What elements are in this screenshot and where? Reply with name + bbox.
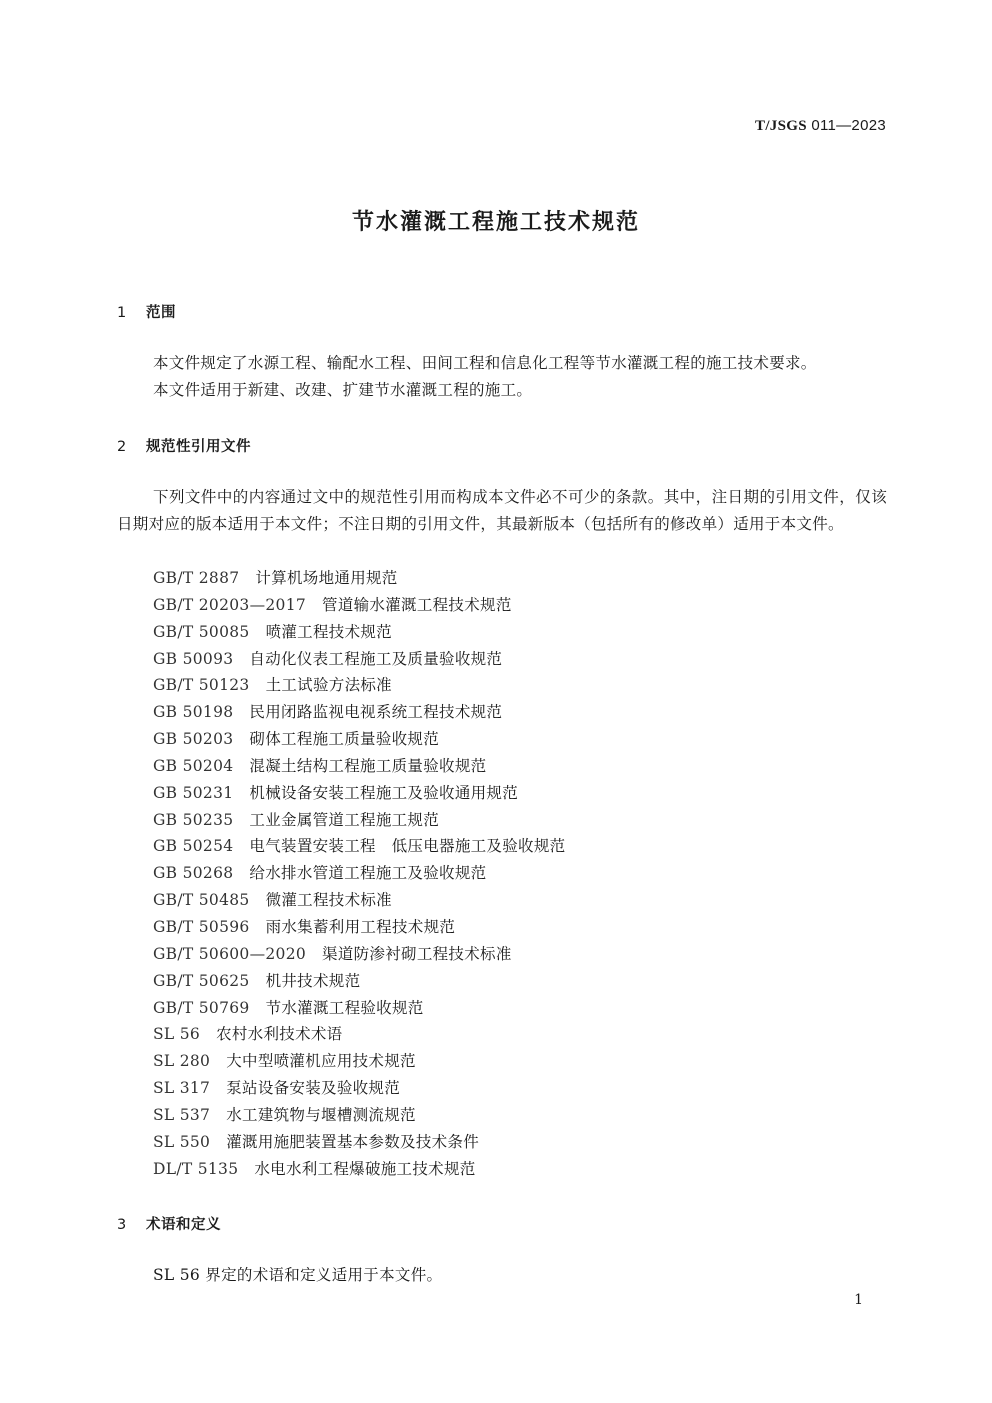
document-code-number: 011—2023: [811, 117, 886, 134]
reference-item: SL 280大中型喷灌机应用技术规范: [153, 1048, 565, 1075]
reference-code: GB/T 20203—2017: [153, 596, 306, 614]
section-number: 1: [117, 305, 146, 321]
reference-item: GB/T 50596雨水集蓄利用工程技术规范: [153, 914, 565, 941]
reference-title: 机械设备安装工程施工及验收通用规范: [249, 784, 518, 802]
reference-item: SL 537水工建筑物与堰槽测流规范: [153, 1102, 565, 1129]
reference-title: 节水灌溉工程验收规范: [266, 999, 424, 1017]
reference-item: GB/T 50769节水灌溉工程验收规范: [153, 995, 565, 1022]
reference-title: 水工建筑物与堰槽测流规范: [226, 1106, 416, 1124]
reference-title: 自动化仪表工程施工及质量验收规范: [249, 650, 502, 668]
reference-code: GB/T 50085: [153, 623, 250, 641]
reference-code: GB 50093: [153, 650, 233, 668]
reference-item: GB/T 50625机井技术规范: [153, 968, 565, 995]
reference-item: GB 50254电气装置安装工程 低压电器施工及验收规范: [153, 833, 565, 860]
document-title: 节水灌溉工程施工技术规范: [0, 205, 992, 236]
reference-item: GB 50203砌体工程施工质量验收规范: [153, 726, 565, 753]
reference-item: DL/T 5135水电水利工程爆破施工技术规范: [153, 1156, 565, 1183]
reference-code: GB 50268: [153, 864, 233, 882]
reference-title: 水电水利工程爆破施工技术规范: [254, 1160, 475, 1178]
reference-item: SL 550灌溉用施肥装置基本参数及技术条件: [153, 1129, 565, 1156]
reference-code: GB/T 50600—2020: [153, 945, 306, 963]
reference-title: 民用闭路监视电视系统工程技术规范: [249, 703, 502, 721]
reference-item: SL 56农村水利技术术语: [153, 1021, 565, 1048]
reference-item: GB 50093自动化仪表工程施工及质量验收规范: [153, 646, 565, 673]
reference-item: SL 317泵站设备安装及验收规范: [153, 1075, 565, 1102]
reference-code: GB 50254: [153, 837, 233, 855]
normative-references-list: GB/T 2887计算机场地通用规范 GB/T 20203—2017管道输水灌溉…: [153, 565, 565, 1182]
section-3-heading: 3术语和定义: [117, 1213, 221, 1234]
document-code: T/JSGS 011—2023: [755, 117, 886, 135]
section-title: 规范性引用文件: [146, 439, 251, 455]
page-number: 1: [854, 1292, 863, 1308]
section-3-paragraph-1: SL 56 界定的术语和定义适用于本文件。: [117, 1262, 887, 1289]
section-title: 范围: [146, 305, 176, 321]
reference-code: DL/T 5135: [153, 1160, 238, 1178]
reference-title: 混凝土结构工程施工质量验收规范: [249, 757, 486, 775]
section-1-paragraph-1: 本文件规定了水源工程、输配水工程、田间工程和信息化工程等节水灌溉工程的施工技术要…: [117, 350, 887, 377]
reference-title: 微灌工程技术标准: [266, 891, 392, 909]
section-number: 2: [117, 439, 146, 455]
reference-title: 农村水利技术术语: [216, 1025, 342, 1043]
reference-title: 管道输水灌溉工程技术规范: [322, 596, 512, 614]
reference-title: 电气装置安装工程 低压电器施工及验收规范: [249, 837, 565, 855]
reference-code: SL 550: [153, 1133, 210, 1151]
reference-code: GB 50235: [153, 811, 233, 829]
reference-code: SL 317: [153, 1079, 210, 1097]
reference-code: GB 50231: [153, 784, 233, 802]
reference-item: GB/T 50123土工试验方法标准: [153, 672, 565, 699]
section-1-paragraph-2: 本文件适用于新建、改建、扩建节水灌溉工程的施工。: [117, 377, 887, 404]
reference-title: 计算机场地通用规范: [255, 569, 397, 587]
reference-code: GB/T 2887: [153, 569, 239, 587]
reference-item: GB/T 2887计算机场地通用规范: [153, 565, 565, 592]
reference-item: GB/T 50085喷灌工程技术规范: [153, 619, 565, 646]
reference-item: GB/T 50600—2020渠道防渗衬砌工程技术标准: [153, 941, 565, 968]
section-1-heading: 1范围: [117, 301, 176, 322]
reference-item: GB 50204混凝土结构工程施工质量验收规范: [153, 753, 565, 780]
section-title: 术语和定义: [146, 1217, 221, 1233]
reference-title: 工业金属管道工程施工规范: [249, 811, 439, 829]
reference-title: 灌溉用施肥装置基本参数及技术条件: [226, 1133, 479, 1151]
reference-item: GB/T 50485微灌工程技术标准: [153, 887, 565, 914]
reference-title: 雨水集蓄利用工程技术规范: [266, 918, 456, 936]
reference-code: GB/T 50625: [153, 972, 250, 990]
reference-title: 土工试验方法标准: [266, 676, 392, 694]
reference-title: 大中型喷灌机应用技术规范: [226, 1052, 416, 1070]
reference-code: GB/T 50769: [153, 999, 250, 1017]
reference-code: GB/T 50485: [153, 891, 250, 909]
reference-code: GB 50198: [153, 703, 233, 721]
reference-item: GB 50231机械设备安装工程施工及验收通用规范: [153, 780, 565, 807]
reference-code: GB/T 50596: [153, 918, 250, 936]
reference-title: 渠道防渗衬砌工程技术标准: [322, 945, 512, 963]
reference-title: 泵站设备安装及验收规范: [226, 1079, 400, 1097]
reference-item: GB 50198民用闭路监视电视系统工程技术规范: [153, 699, 565, 726]
section-number: 3: [117, 1217, 146, 1233]
reference-code: GB 50203: [153, 730, 233, 748]
section-2-heading: 2规范性引用文件: [117, 435, 251, 456]
reference-code: SL 56: [153, 1025, 200, 1043]
reference-code: SL 537: [153, 1106, 210, 1124]
reference-title: 砌体工程施工质量验收规范: [249, 730, 439, 748]
reference-item: GB/T 20203—2017管道输水灌溉工程技术规范: [153, 592, 565, 619]
reference-title: 给水排水管道工程施工及验收规范: [249, 864, 486, 882]
reference-item: GB 50235工业金属管道工程施工规范: [153, 807, 565, 834]
reference-code: SL 280: [153, 1052, 210, 1070]
reference-title: 喷灌工程技术规范: [266, 623, 392, 641]
reference-title: 机井技术规范: [266, 972, 361, 990]
section-2-paragraph-1: 下列文件中的内容通过文中的规范性引用而构成本文件必不可少的条款。其中，注日期的引…: [117, 484, 887, 538]
reference-code: GB 50204: [153, 757, 233, 775]
reference-code: GB/T 50123: [153, 676, 250, 694]
reference-item: GB 50268给水排水管道工程施工及验收规范: [153, 860, 565, 887]
document-code-prefix: T/JSGS: [755, 118, 807, 134]
